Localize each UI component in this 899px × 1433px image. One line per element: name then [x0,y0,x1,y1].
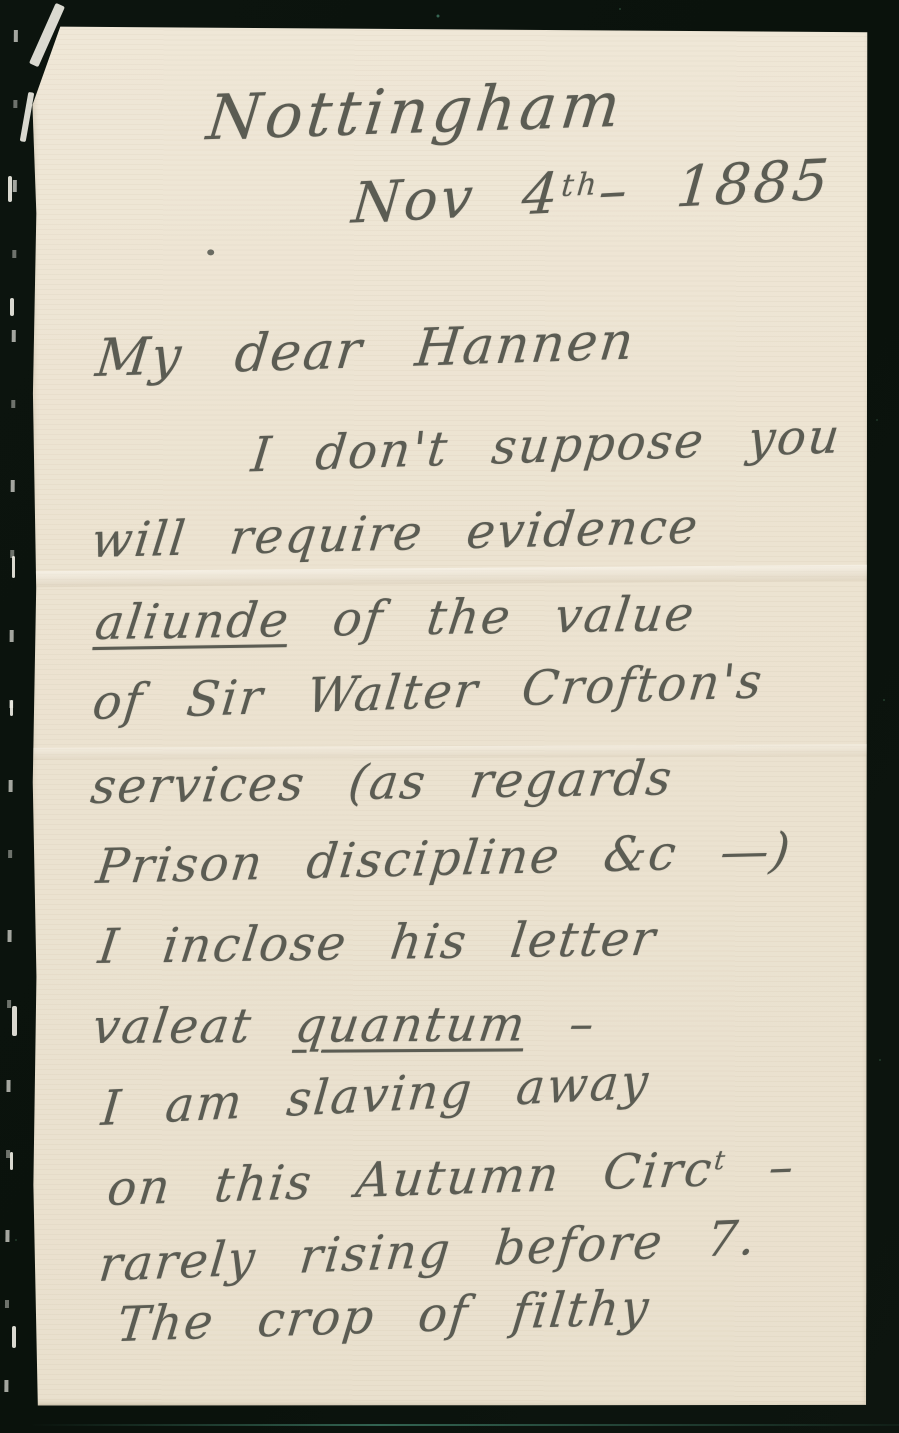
letter-line: I am slaving away [99,1053,652,1137]
paper-tear-fleck [8,176,12,202]
line-text: I don't suppose you [249,408,844,483]
underlined-word: quantum [292,996,530,1053]
paper-crease [30,565,868,588]
line-text: I am slaving away [99,1053,652,1137]
line-text: on this Autumn Circ [105,1141,717,1217]
line-text: services (as regards [88,750,677,815]
letter-line: rarely rising before 7. [96,1210,759,1293]
line-text: valeat [89,998,299,1055]
line-text: I inclose his letter [95,911,660,975]
torn-sheet-edge [4,30,18,1430]
line-text: will require evidence [88,499,702,569]
line-text: of Sir Walter Crofton's [90,653,766,731]
letter-line: on this Autumn Circt – [105,1139,798,1217]
letter-line: I inclose his letter [95,911,660,975]
scan-edge-line [30,1424,899,1426]
paper-tear-fleck [12,556,15,578]
line-text: Prison discipline &c —) [94,823,795,896]
line-text: rarely rising before 7. [96,1210,759,1293]
paper-tear-fleck [20,92,35,142]
paper-tear-fleck [10,700,13,716]
underlined-word: aliunde [92,592,293,651]
line-text: – [723,1139,798,1197]
letter-salutation: My dear Hannen [93,311,638,389]
letter-line: services (as regards [88,750,677,815]
date-year: – 1885 [596,148,834,225]
line-text: – [523,996,600,1052]
letter-place: Nottingham [203,68,627,155]
letter-line: Prison discipline &c —) [94,823,795,896]
letter-paper: Nottingham Nov 4th– 1885 My dear Hannen … [28,19,870,1409]
letter-line: of Sir Walter Crofton's [90,653,766,731]
photo-background: Nottingham Nov 4th– 1885 My dear Hannen … [0,0,899,1433]
date-ordinal-superscript: th [560,166,601,204]
line-text: of the value [286,586,698,648]
paper-tear-fleck [10,1152,13,1170]
letter-line: The crop of filthy [114,1280,653,1353]
date-day: Nov 4 [349,161,563,237]
ink-dot [207,249,214,255]
paper-tear-fleck [12,1326,16,1348]
letter-date: Nov 4th– 1885 [349,148,834,237]
letter-line: valeat quantum – [89,996,599,1055]
line-text: The crop of filthy [114,1280,653,1353]
paper-tear-fleck [10,298,14,316]
paper-tear-fleck [12,1006,17,1036]
letter-line: aliunde of the value [92,586,699,651]
letter-line: will require evidence [88,499,702,569]
letter-line: I don't suppose you [249,408,844,483]
